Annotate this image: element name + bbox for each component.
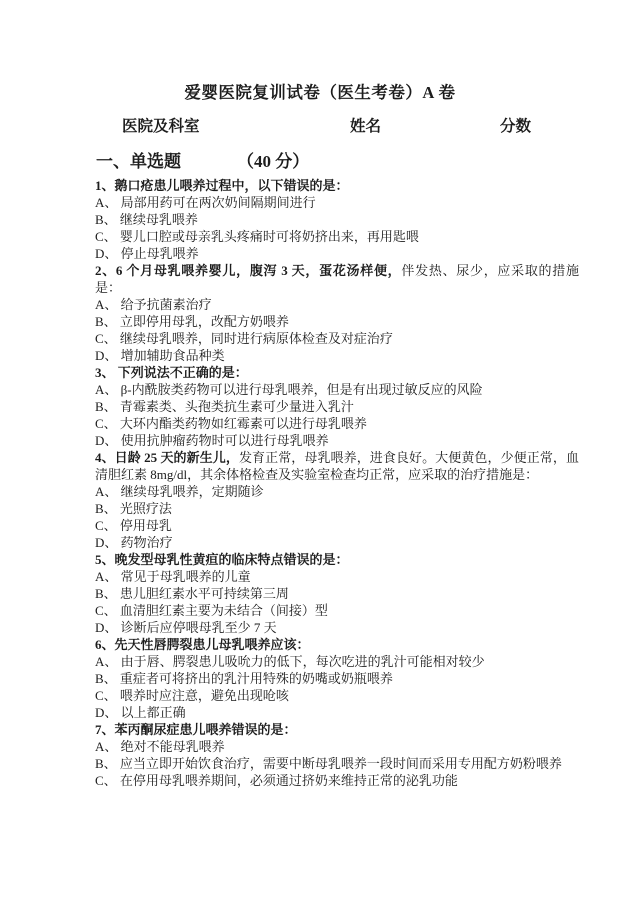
section-label: 一、单选题	[96, 152, 181, 171]
question-option: B、 立即停用母乳，改配方奶喂养	[95, 313, 579, 330]
question-option: C、 婴儿口腔或母亲乳头疼痛时可将奶挤出来，再用匙喂	[95, 228, 579, 245]
question-6: 6、先天性唇腭裂患儿母乳喂养应该： A、 由于唇、腭裂患儿吸吮力的低下，每次吃进…	[95, 636, 579, 721]
question-option: D、 药物治疗	[95, 534, 579, 551]
question-option: D、 增加辅助食品种类	[95, 347, 579, 364]
question-1: 1、鹅口疮患儿喂养过程中，以下错误的是： A、 局部用药可在两次奶间隔期间进行 …	[95, 177, 579, 262]
question-option: B、 重症者可将挤出的乳汁用特殊的奶嘴或奶瓶喂养	[95, 670, 579, 687]
question-option: C、 停用母乳	[95, 517, 579, 534]
question-stem: 7、苯丙酮尿症患儿喂养错误的是：	[95, 721, 579, 738]
question-option: A、 局部用药可在两次奶间隔期间进行	[95, 194, 579, 211]
question-3: 3、 下列说法不正确的是： A、 β-内酰胺类药物可以进行母乳喂养，但是有出现过…	[95, 364, 579, 449]
question-stem: 3、 下列说法不正确的是：	[95, 364, 579, 381]
question-option: B、 继续母乳喂养	[95, 211, 579, 228]
question-list: 1、鹅口疮患儿喂养过程中，以下错误的是： A、 局部用药可在两次奶间隔期间进行 …	[95, 177, 579, 789]
question-option: C、 喂养时应注意，避免出现呛咳	[95, 687, 579, 704]
question-option: B、 患儿胆红素水平可持续第三周	[95, 585, 579, 602]
question-option: D、 停止母乳喂养	[95, 245, 579, 262]
exam-title: 爱婴医院复训试卷（医生考卷）A 卷	[0, 79, 640, 103]
field-name: 姓名	[350, 114, 381, 136]
question-5: 5、晚发型母乳性黄疸的临床特点错误的是： A、 常见于母乳喂养的儿童 B、 患儿…	[95, 551, 579, 636]
exam-paper-page: 爱婴医院复训试卷（医生考卷）A 卷 医院及科室 姓名 分数 一、单选题（40 分…	[0, 0, 640, 906]
field-hospital-dept: 医院及科室	[122, 114, 200, 136]
question-option: D、 诊断后应停喂母乳至少 7 天	[95, 619, 579, 636]
question-option: B、 应当立即开始饮食治疗，需要中断母乳喂养一段时间而采用专用配方奶粉喂养	[95, 755, 579, 772]
question-option: C、 血清胆红素主要为未结合（间接）型	[95, 602, 579, 619]
section-heading: 一、单选题（40 分）	[96, 147, 309, 172]
question-option: D、 以上都正确	[95, 704, 579, 721]
question-option: B、 光照疗法	[95, 500, 579, 517]
question-7: 7、苯丙酮尿症患儿喂养错误的是： A、 绝对不能母乳喂养 B、 应当立即开始饮食…	[95, 721, 579, 789]
question-stem: 6、先天性唇腭裂患儿母乳喂养应该：	[95, 636, 579, 653]
question-stem: 4、日龄 25 天的新生儿，发育正常，母乳喂养，进食良好。大便黄色，少便正常，血…	[95, 449, 579, 483]
question-option: C、 大环内酯类药物如红霉素可以进行母乳喂养	[95, 415, 579, 432]
question-option: C、 在停用母乳喂养期间，必须通过挤奶来维持正常的泌乳功能	[95, 772, 579, 789]
exam-header-fields: 医院及科室 姓名 分数	[0, 114, 640, 136]
section-points: （40 分）	[237, 152, 309, 171]
question-stem: 1、鹅口疮患儿喂养过程中，以下错误的是：	[95, 177, 579, 194]
question-stem: 2、6 个月母乳喂养婴儿，腹泻 3 天，蛋花汤样便，伴发热、尿少，应采取的措施是…	[95, 262, 579, 296]
question-option: A、 β-内酰胺类药物可以进行母乳喂养，但是有出现过敏反应的风险	[95, 381, 579, 398]
question-option: A、 绝对不能母乳喂养	[95, 738, 579, 755]
question-option: D、 使用抗肿瘤药物时可以进行母乳喂养	[95, 432, 579, 449]
question-stem: 5、晚发型母乳性黄疸的临床特点错误的是：	[95, 551, 579, 568]
question-option: C、 继续母乳喂养，同时进行病原体检查及对症治疗	[95, 330, 579, 347]
question-option: A、 由于唇、腭裂患儿吸吮力的低下，每次吃进的乳汁可能相对较少	[95, 653, 579, 670]
question-4: 4、日龄 25 天的新生儿，发育正常，母乳喂养，进食良好。大便黄色，少便正常，血…	[95, 449, 579, 551]
question-option: B、 青霉素类、头孢类抗生素可少量进入乳汁	[95, 398, 579, 415]
field-score: 分数	[500, 114, 531, 136]
question-option: A、 常见于母乳喂养的儿童	[95, 568, 579, 585]
question-2: 2、6 个月母乳喂养婴儿，腹泻 3 天，蛋花汤样便，伴发热、尿少，应采取的措施是…	[95, 262, 579, 364]
question-option: A、 给予抗菌素治疗	[95, 296, 579, 313]
question-option: A、 继续母乳喂养，定期随诊	[95, 483, 579, 500]
